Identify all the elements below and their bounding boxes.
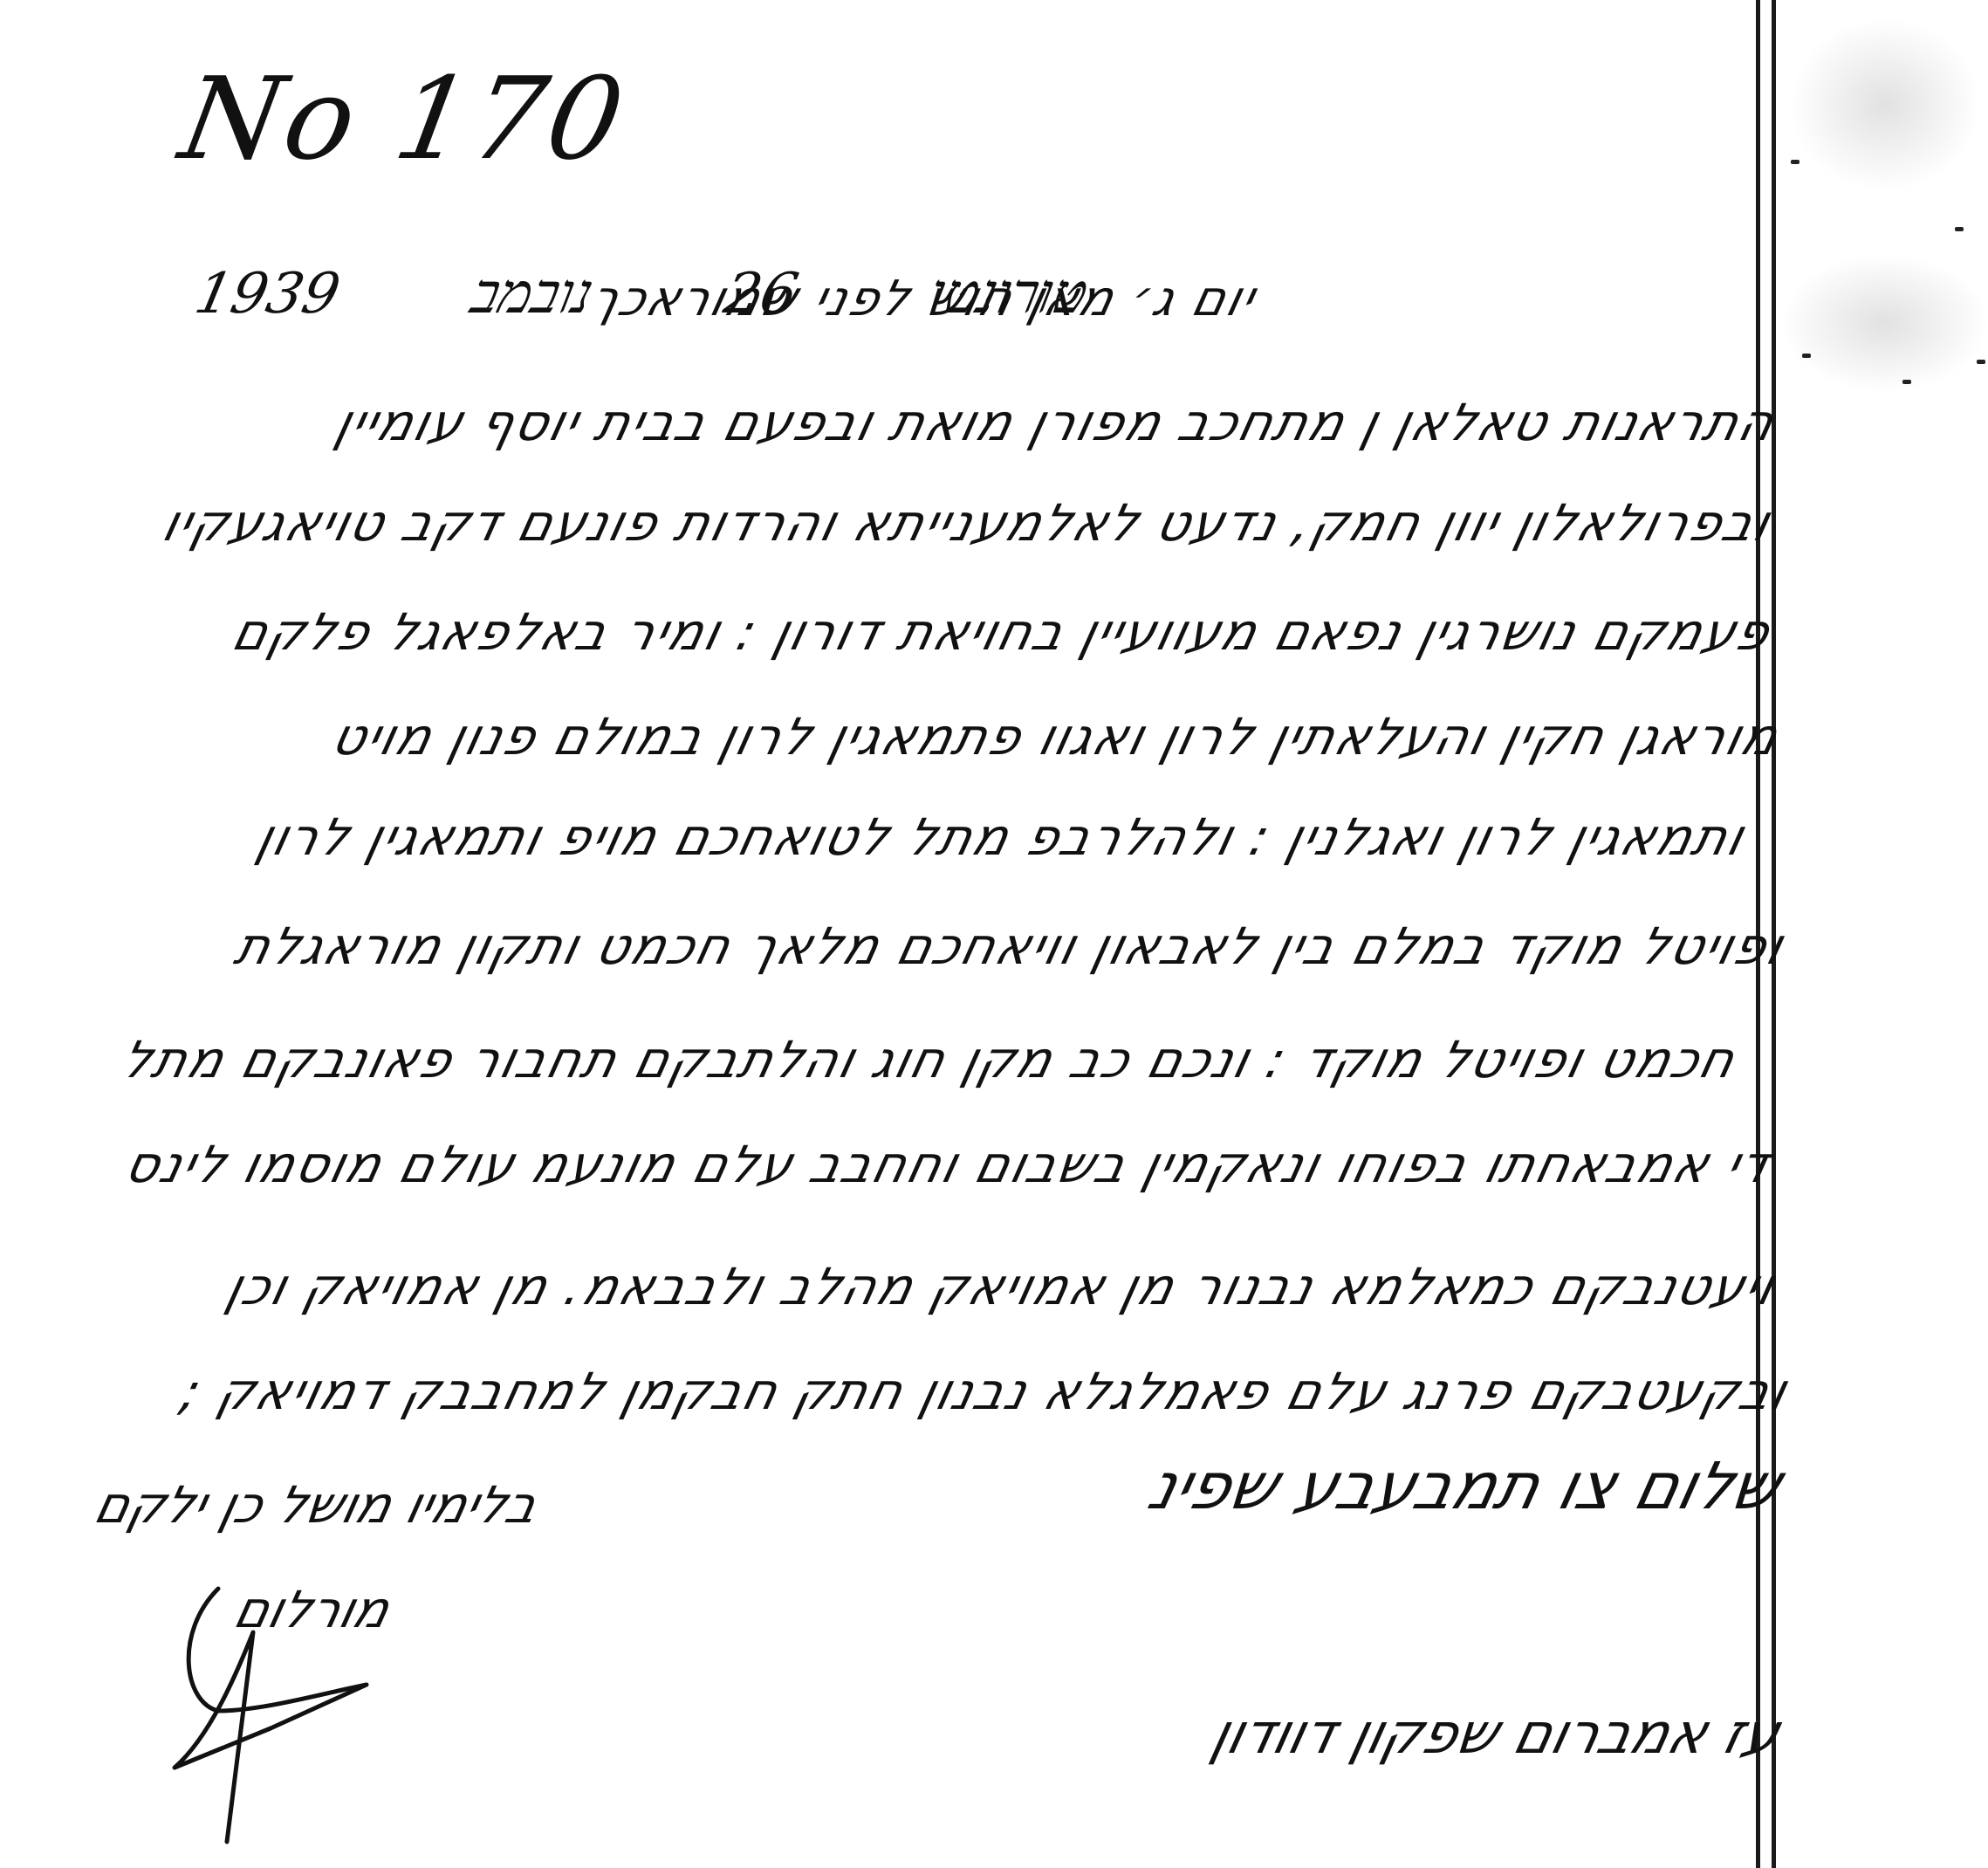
scan-speck (1902, 380, 1911, 384)
closing-line: שלום צו תמבעבע שפינ (1141, 1449, 1788, 1524)
text-line: פעמקם נושרגין נפאם מעוועיין בחויאת דורון… (226, 602, 1777, 662)
text-line: יום ג׳ מאן חוש לפני שמוראכך (585, 271, 1262, 327)
bottom-signature-line: עז אמברום שפקון דוודון (1205, 1702, 1786, 1767)
date-month: נובמב (465, 262, 599, 326)
text-line: חכמט ופויטל מוקד : ונכם כב מקן חוג והלתב… (115, 1030, 1742, 1089)
date-year: 1939 (189, 262, 346, 326)
number-label: No (172, 52, 370, 185)
document-number: No 170 (172, 52, 636, 185)
scan-speck (1791, 160, 1799, 164)
scan-smudge (1780, 253, 1988, 393)
text-line: ותמאגין לרון ואגלנין : ולהלרבפ מתל לטואח… (250, 807, 1751, 867)
scan-speck (1802, 354, 1811, 358)
text-line: די אמבאחתו בפוחו ונאקמין בשבום וחחבב עלם… (120, 1135, 1778, 1194)
text-line: ויעטנבקם כמאלמא נבנור מן אמויאק מהלב ולב… (220, 1257, 1781, 1316)
closing-regards: בלימיו מושל כן ילקם (89, 1475, 544, 1535)
handwritten-signature-icon (157, 1580, 471, 1859)
scan-speck (1977, 360, 1985, 364)
text-line: ובפרולאלון יוון חמק, נדעט לאלמענייתא והר… (156, 493, 1777, 553)
number-value: 170 (386, 52, 636, 185)
scan-speck (1955, 227, 1964, 231)
text-line: ובקעטבקם פרנג עלם פאמלגלא נבנון חתק חבקמ… (175, 1362, 1795, 1421)
text-line: ופויטל מוקד במלם בין לאבאון וויאחכם מלאך… (229, 917, 1790, 976)
text-line: התראנות טאלאן ן מתחכב מפורן מואת ובפעם ב… (329, 393, 1781, 452)
scan-smudge (1789, 17, 1981, 192)
scanned-letter-page: No 170 טורונטו 26 נובמב 1939 יום ג׳ מאן … (0, 0, 1988, 1868)
text-line: מוראגן חקין והעלאתין לרון ואגוו פתמאגין … (326, 707, 1786, 766)
